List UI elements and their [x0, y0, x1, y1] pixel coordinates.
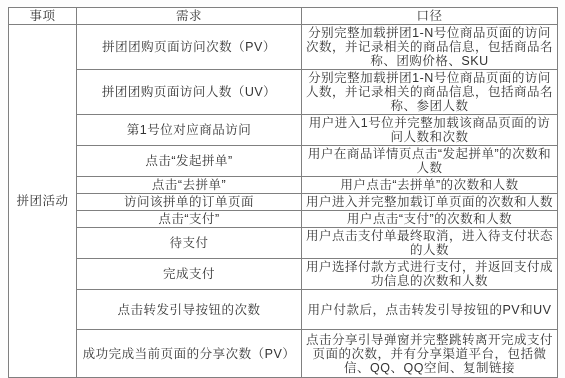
need-cell: 访问该拼单的订单页面 — [77, 194, 302, 211]
need-cell: 待支付 — [77, 228, 302, 259]
metrics-table: 事项 需求 口径 拼团活动 拼团团购页面访问次数（PV） 分别完整加载拼团1-N… — [8, 7, 558, 366]
table-row: 点击转发引导按钮的次数 用户付款后，点击转发引导按钮的PV和UV — [9, 290, 558, 330]
table-row: 点击“支付” 用户点击“支付”的次数和人数 — [9, 211, 558, 228]
table-row: 完成支付 用户选择付款方式进行支付，并返回支付成功信息的次数和人数 — [9, 259, 558, 290]
definition-cell: 用户在商品详情页点击“发起拼单”的次数和人数 — [302, 146, 558, 177]
need-cell: 成功完成当前页面的分享次数（PV） — [77, 330, 302, 367]
definition-cell: 点击分享引导弹窗并完整跳转离开完成支付页面的次数，并有分享渠道平台，包括微信、Q… — [302, 330, 558, 367]
need-cell: 拼团团购页面访问人数（UV） — [77, 70, 302, 115]
need-cell: 点击“支付” — [77, 211, 302, 228]
table-row: 访问该拼单的订单页面 用户进入并完整加载订单页面的次数和人数 — [9, 194, 558, 211]
need-cell: 点击“发起拼单” — [77, 146, 302, 177]
definition-cell: 分别完整加载拼团1-N号位商品页面的访问人数，并记录相关的商品信息，包括商品名称… — [302, 70, 558, 115]
definition-cell: 用户付款后，点击转发引导按钮的PV和UV — [302, 290, 558, 330]
need-cell: 第1号位对应商品访问 — [77, 115, 302, 146]
table-row: 点击“去拼单” 用户点击“去拼单”的次数和人数 — [9, 177, 558, 194]
need-cell: 完成支付 — [77, 259, 302, 290]
header-need: 需求 — [77, 8, 302, 25]
need-cell: 拼团团购页面访问次数（PV） — [77, 25, 302, 70]
header-item: 事项 — [9, 8, 77, 25]
definition-cell: 分别完整加载拼团1-N号位商品页面的访问次数，并记录相关的商品信息，包括商品名称… — [302, 25, 558, 70]
table-row: 待支付 用户点击支付单最终取消，进入待支付状态的人数 — [9, 228, 558, 259]
definition-cell: 用户进入并完整加载订单页面的次数和人数 — [302, 194, 558, 211]
definition-cell: 用户选择付款方式进行支付，并返回支付成功信息的次数和人数 — [302, 259, 558, 290]
table-row: 拼团活动 拼团团购页面访问次数（PV） 分别完整加载拼团1-N号位商品页面的访问… — [9, 25, 558, 70]
definition-cell: 用户点击支付单最终取消，进入待支付状态的人数 — [302, 228, 558, 259]
table-row: 拼团团购页面访问人数（UV） 分别完整加载拼团1-N号位商品页面的访问人数，并记… — [9, 70, 558, 115]
table-row: 成功完成当前页面的分享次数（PV） 点击分享引导弹窗并完整跳转离开完成支付页面的… — [9, 330, 558, 367]
definition-cell: 用户点击“去拼单”的次数和人数 — [302, 177, 558, 194]
table-row: 第1号位对应商品访问 用户进入1号位并完整加载该商品页面的访问人数和次数 — [9, 115, 558, 146]
need-cell: 点击转发引导按钮的次数 — [77, 290, 302, 330]
table-row: 点击“发起拼单” 用户在商品详情页点击“发起拼单”的次数和人数 — [9, 146, 558, 177]
definition-cell: 用户点击“支付”的次数和人数 — [302, 211, 558, 228]
definition-cell: 用户进入1号位并完整加载该商品页面的访问人数和次数 — [302, 115, 558, 146]
need-cell: 点击“去拼单” — [77, 177, 302, 194]
header-caliber: 口径 — [302, 8, 558, 25]
table-header-row: 事项 需求 口径 — [9, 8, 558, 25]
category-cell: 拼团活动 — [9, 25, 77, 367]
